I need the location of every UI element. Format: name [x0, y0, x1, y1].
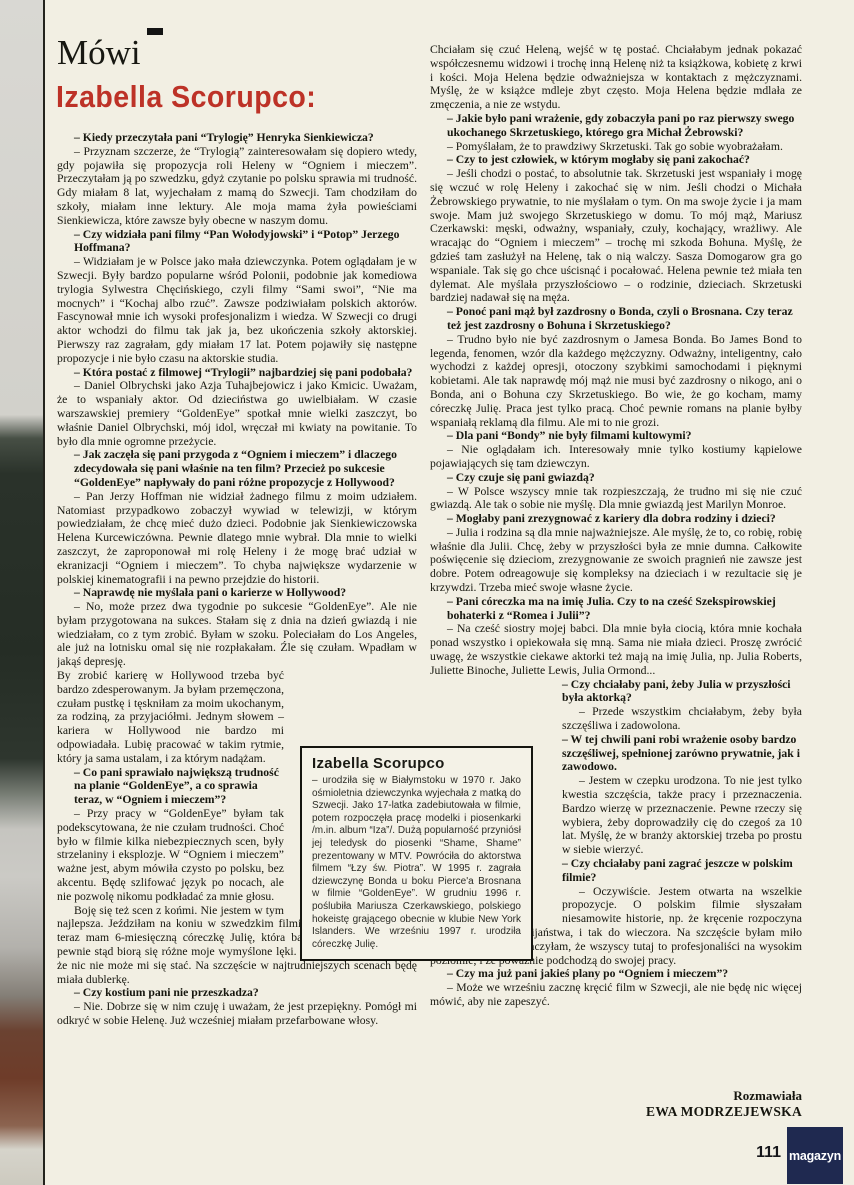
answer-paragraph: – Nie oglądałam ich. Interesowały mnie t…	[430, 443, 802, 471]
answer-paragraph: – Widziałam je w Polsce jako mała dziewc…	[57, 255, 417, 365]
question-paragraph: – Dla pani “Bondy” nie były filmami kult…	[430, 429, 802, 443]
question-paragraph: – Jakie było pani wrażenie, gdy zobaczył…	[430, 112, 802, 140]
answer-paragraph: – Nie. Dobrze się w nim czuję i uważam, …	[57, 1000, 417, 1028]
magazine-page: Mówi Izabella Scorupco: – Kiedy przeczyt…	[0, 0, 854, 1185]
answer-paragraph: – Daniel Olbrychski jako Azja Tuhajbejow…	[57, 379, 417, 448]
answer-paragraph: – Julia i rodzina są dla mnie najważniej…	[430, 526, 802, 595]
question-paragraph: – Czy widziała pani filmy “Pan Wołodyjow…	[57, 228, 417, 256]
left-photo-strip	[0, 0, 43, 1185]
question-paragraph: – Która postać z filmowej “Trylogii” naj…	[57, 366, 417, 380]
magazine-logo-label: magazyn	[789, 1149, 841, 1163]
answer-paragraph: – Może we wrześniu zacznę kręcić film w …	[430, 981, 802, 1009]
answer-paragraph: – W Polsce wszyscy mnie tak rozpieszczaj…	[430, 485, 802, 513]
answer-paragraph: – No, może przez dwa tygodnie po sukcesi…	[57, 600, 417, 669]
answer-paragraph: – Pan Jerzy Hoffman nie widział żadnego …	[57, 490, 417, 587]
question-paragraph: – Ponoć pani mąż był zazdrosny o Bonda, …	[430, 305, 802, 333]
byline: Rozmawiała EWA MODRZEJEWSKA	[646, 1088, 802, 1120]
bio-box-title: Izabella Scorupco	[312, 755, 521, 773]
answer-paragraph: – Trudno było nie być zazdrosnym o James…	[430, 333, 802, 430]
magazine-logo-box: magazyn	[787, 1127, 843, 1184]
answer-paragraph: Chciałam się czuć Heleną, wejść w tę pos…	[430, 43, 802, 112]
bio-box: Izabella Scorupco – urodziła się w Biały…	[300, 746, 533, 961]
byline-author-name: EWA MODRZEJEWSKA	[646, 1103, 802, 1120]
page-number: 111	[737, 1144, 781, 1162]
bio-box-body: – urodziła się w Białymstoku w 1970 r. J…	[312, 775, 521, 951]
question-paragraph: – Mogłaby pani zrezygnować z kariery dla…	[430, 512, 802, 526]
byline-label: Rozmawiała	[646, 1088, 802, 1103]
question-paragraph: – Kiedy przeczytała pani “Trylogię” Henr…	[57, 131, 417, 145]
interviewee-name-title: Izabella Scorupco:	[56, 80, 316, 114]
question-paragraph: – Czy to jest człowiek, w którym mogłaby…	[430, 153, 802, 167]
question-paragraph: – Czy kostium pani nie przeszkadza?	[57, 986, 417, 1000]
scan-artifact	[147, 28, 163, 35]
strip-divider-line	[43, 0, 45, 1185]
question-paragraph: – Naprawdę nie myślała pani o karierze w…	[57, 586, 417, 600]
question-paragraph: – Pani córeczka ma na imię Julia. Czy to…	[430, 595, 802, 623]
question-paragraph: – Czy ma już pani jakieś plany po “Ognie…	[430, 967, 802, 981]
answer-paragraph: – Pomyślałam, że to prawdziwy Skrzetuski…	[430, 140, 802, 154]
kicker-title: Mówi	[57, 34, 141, 72]
answer-paragraph: – Jeśli chodzi o postać, to absolutnie t…	[430, 167, 802, 305]
question-paragraph: – Czy czuje się pani gwiazdą?	[430, 471, 802, 485]
question-paragraph: – Jak zaczęła się pani przygoda z “Ognie…	[57, 448, 417, 489]
answer-paragraph: – Na cześć siostry mojej babci. Dla mnie…	[430, 622, 802, 677]
answer-paragraph: – Przyznam szczerze, że “Trylogią” zaint…	[57, 145, 417, 228]
